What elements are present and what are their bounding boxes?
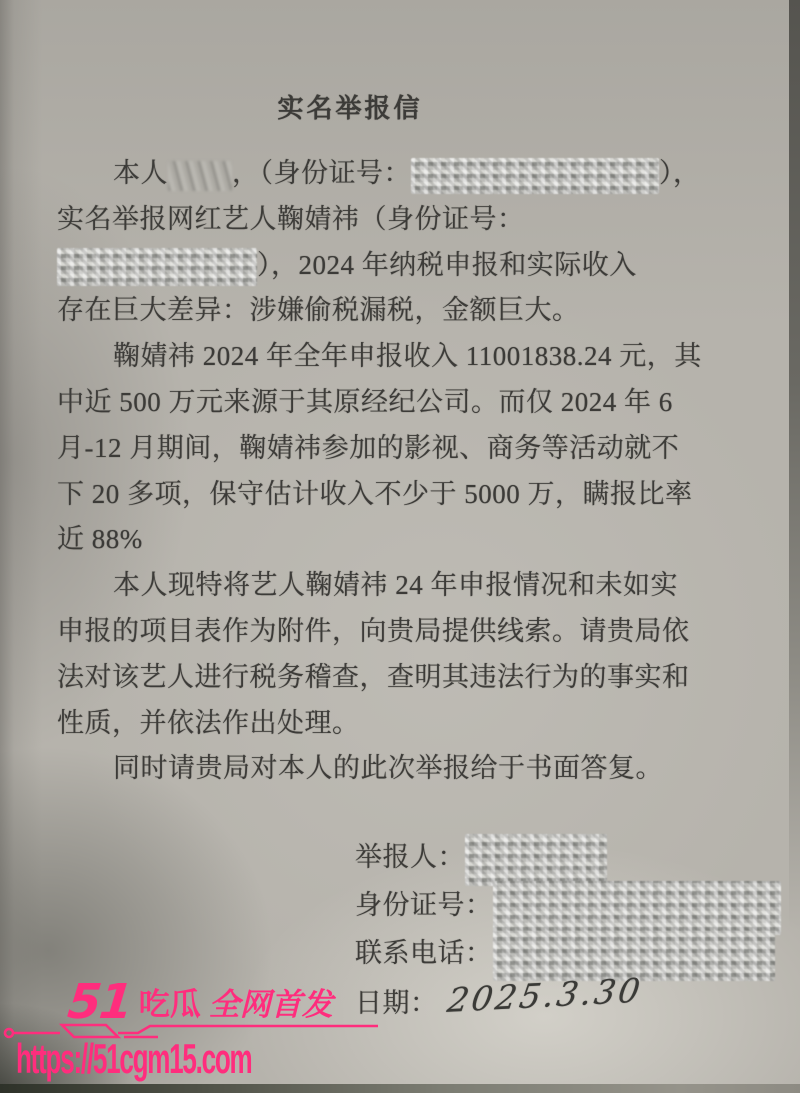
line-3-text-post: ），2024 年纳税申报和实际收入 — [257, 250, 637, 280]
handwritten-date: 2025.3.30 — [444, 966, 646, 1025]
body-line-13: 性质，并依法作出处理。 — [57, 701, 757, 747]
body-line-6: 中近 500 万元来源于其原经纪公司。而仅 2024 年 6 — [57, 380, 757, 426]
photo-background-right-edge — [789, 0, 800, 1093]
body-line-14: 同时请贵局对本人的此次举报给于书面答复。 — [57, 746, 757, 792]
body-line-2: 实名举报网红艺人鞠婧祎（身份证号： — [57, 197, 757, 243]
line-2-text: 实名举报网红艺人鞠婧祎（身份证号： — [57, 204, 525, 234]
redaction-reporter-signature — [465, 834, 607, 886]
signature-date-line: 日期：2025.3.30 — [355, 977, 775, 1025]
line-7-text: 月-12 月期间，鞠婧祎参加的影视、商务等活动就不 — [57, 433, 679, 463]
watermark-logo-name: 吃瓜 — [139, 989, 201, 1022]
line-14-text: 同时请贵局对本人的此次举报给于书面答复。 — [113, 753, 663, 783]
line-6-text: 中近 500 万元来源于其原经纪公司。而仅 2024 年 6 — [57, 387, 673, 417]
reporter-label: 举报人： — [355, 842, 465, 872]
redaction-reporter-id-inline — [411, 158, 659, 194]
line-11-text: 申报的项目表作为附件，向贵局提供线索。请贵局依 — [57, 616, 690, 646]
body-line-7: 月-12 月期间，鞠婧祎参加的影视、商务等活动就不 — [57, 426, 757, 472]
redaction-artist-id — [57, 248, 257, 286]
line-12-text: 法对该艺人进行税务稽查，查明其违法行为的事实和 — [57, 662, 690, 692]
body-line-1: 本人，（身份证号：）， — [57, 151, 757, 197]
watermark-url: https://51cgm15.com — [16, 1035, 251, 1083]
signature-reporter-line: 举报人： — [355, 833, 775, 881]
line-1-text-post: ）， — [659, 158, 701, 188]
phone-label: 联系电话： — [355, 938, 493, 968]
line-4-text: 存在巨大差异：涉嫌偷税漏税，金额巨大。 — [57, 295, 580, 325]
body-line-9: 近 88% — [57, 517, 757, 563]
body-line-4: 存在巨大差异：涉嫌偷税漏税，金额巨大。 — [57, 288, 757, 334]
body-line-12: 法对该艺人进行税务稽查，查明其违法行为的事实和 — [57, 655, 757, 701]
line-10-text: 本人现特将艺人鞠婧祎 24 年申报情况和未如实 — [113, 570, 678, 600]
date-label: 日期： — [355, 988, 438, 1018]
body-line-8: 下 20 多项，保守估计收入不少于 5000 万，瞒报比率 — [57, 472, 757, 518]
redaction-reporter-name — [168, 161, 232, 191]
body-line-5: 鞠婧祎 2024 年全年申报收入 11001838.24 元，其 — [57, 334, 757, 380]
line-5-text: 鞠婧祎 2024 年全年申报收入 11001838.24 元，其 — [113, 341, 702, 371]
line-8-text: 下 20 多项，保守估计收入不少于 5000 万，瞒报比率 — [57, 479, 693, 509]
watermark-logo-number: 51 — [66, 982, 133, 1022]
line-9-text: 近 88% — [57, 524, 143, 554]
body-line-11: 申报的项目表作为附件，向贵局提供线索。请贵局依 — [57, 609, 757, 655]
redaction-reporter-id — [493, 881, 781, 935]
watermark-circuit-line-icon — [2, 1022, 382, 1040]
line-13-text: 性质，并依法作出处理。 — [57, 708, 360, 738]
letter-body: 本人，（身份证号：）， 实名举报网红艺人鞠婧祎（身份证号： ），2024 年纳税… — [57, 151, 757, 792]
line-1-text-mid: ，（身份证号： — [232, 158, 411, 188]
signature-id-line: 身份证号： — [355, 881, 775, 929]
photo-background-bottom-edge — [0, 1084, 800, 1093]
watermark-logo: 51 吃瓜 全网首发 — [68, 982, 333, 1022]
body-line-10: 本人现特将艺人鞠婧祎 24 年申报情况和未如实 — [57, 563, 757, 609]
photographed-report-letter: 实名举报信 本人，（身份证号：）， 实名举报网红艺人鞠婧祎（身份证号： ），20… — [0, 0, 800, 1093]
id-label: 身份证号： — [355, 890, 493, 920]
watermark-tagline: 全网首发 — [209, 989, 333, 1022]
signature-block: 举报人： 身份证号： 联系电话： 日期：2025.3.30 — [355, 833, 775, 1025]
body-line-3: ），2024 年纳税申报和实际收入 — [57, 243, 757, 289]
letter-title: 实名举报信 — [0, 88, 700, 125]
line-1-text-pre: 本人 — [113, 158, 168, 188]
